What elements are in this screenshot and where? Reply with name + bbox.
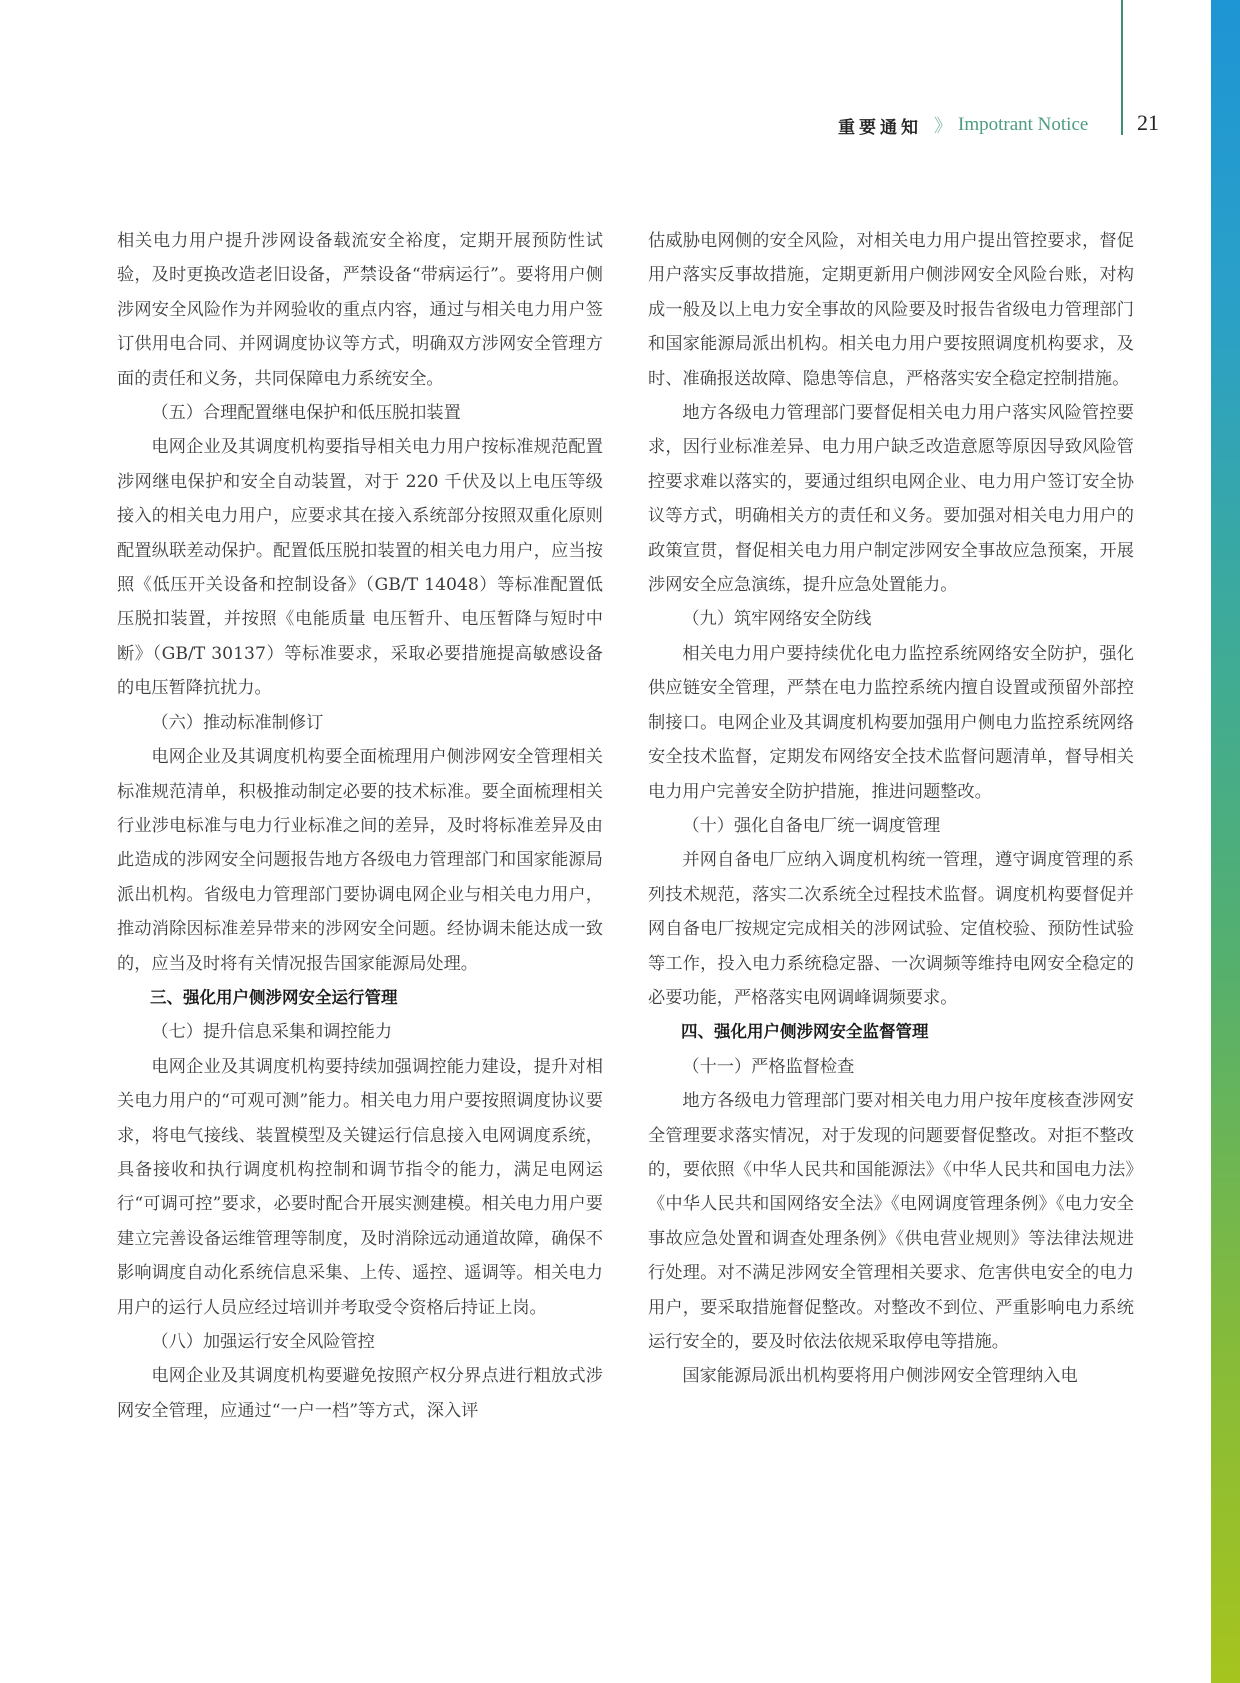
section-title-en: Impotrant Notice	[958, 114, 1088, 136]
subheading: （七）提升信息采集和调控能力	[117, 1015, 603, 1049]
paragraph: 电网企业及其调度机构要避免按照产权分界点进行粗放式涉网安全管理，应通过“一户一档…	[117, 1359, 603, 1428]
paragraph: 国家能源局派出机构要将用户侧涉网安全管理纳入电	[648, 1359, 1134, 1393]
page-number: 21	[1137, 110, 1159, 136]
double-chevron-icon: 》	[934, 112, 952, 138]
left-column: 相关电力用户提升涉网设备载流安全裕度，定期开展预防性试验，及时更换改造老旧设备，…	[117, 224, 603, 1428]
subheading: （九）筑牢网络安全防线	[648, 602, 1134, 636]
subheading: （十一）严格监督检查	[648, 1050, 1134, 1084]
subheading: （五）合理配置继电保护和低压脱扣装置	[117, 396, 603, 430]
paragraph: 相关电力用户提升涉网设备载流安全裕度，定期开展预防性试验，及时更换改造老旧设备，…	[117, 224, 603, 396]
paragraph: 电网企业及其调度机构要持续加强调控能力建设，提升对相关电力用户的“可观可测”能力…	[117, 1050, 603, 1325]
paragraph: 相关电力用户要持续优化电力监控系统网络安全防护，强化供应链安全管理，严禁在电力监…	[648, 637, 1134, 809]
section-heading: 四、强化用户侧涉网安全监督管理	[648, 1015, 1134, 1049]
decorative-gradient-bar	[1211, 0, 1240, 1683]
header-divider-line	[1121, 0, 1123, 135]
paragraph: 地方各级电力管理部门要对相关电力用户按年度核查涉网安全管理要求落实情况，对于发现…	[648, 1084, 1134, 1359]
paragraph: 并网自备电厂应纳入调度机构统一管理，遵守调度管理的系列技术规范，落实二次系统全过…	[648, 843, 1134, 1015]
section-heading: 三、强化用户侧涉网安全运行管理	[117, 981, 603, 1015]
subheading: （六）推动标准制修订	[117, 706, 603, 740]
section-title-cn: 重要通知	[838, 113, 922, 138]
paragraph: 电网企业及其调度机构要全面梳理用户侧涉网安全管理相关标准规范清单，积极推动制定必…	[117, 740, 603, 981]
subheading: （十）强化自备电厂统一调度管理	[648, 809, 1134, 843]
paragraph: 估威胁电网侧的安全风险，对相关电力用户提出管控要求，督促用户落实反事故措施，定期…	[648, 224, 1134, 396]
paragraph: 地方各级电力管理部门要督促相关电力用户落实风险管控要求，因行业标准差异、电力用户…	[648, 396, 1134, 602]
paragraph: 电网企业及其调度机构要指导相关电力用户按标准规范配置涉网继电保护和安全自动装置，…	[117, 430, 603, 705]
running-header: 重要通知 》 Impotrant Notice	[838, 110, 1088, 140]
right-column: 估威胁电网侧的安全风险，对相关电力用户提出管控要求，督促用户落实反事故措施，定期…	[648, 224, 1134, 1394]
subheading: （八）加强运行安全风险管控	[117, 1325, 603, 1359]
